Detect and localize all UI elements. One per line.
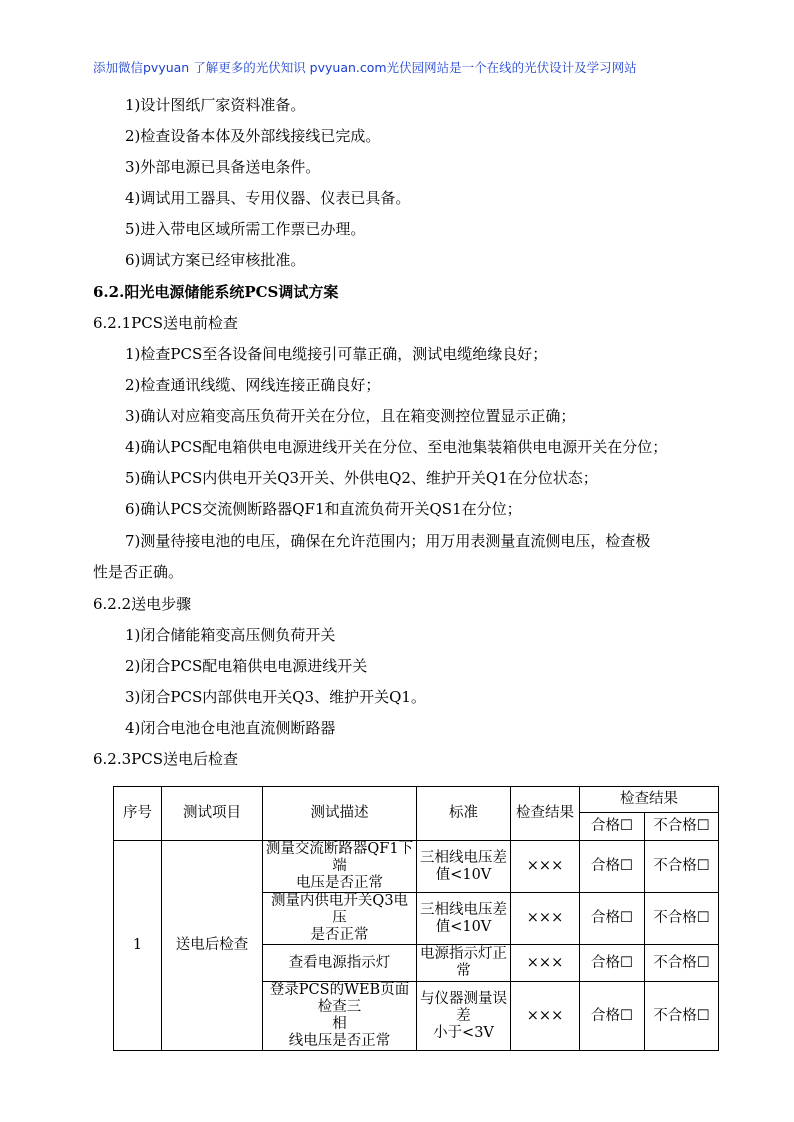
fail-checkbox[interactable]: 不合格☐ — [645, 945, 719, 982]
header-fail: 不合格☐ — [645, 813, 719, 841]
fail-checkbox[interactable]: 不合格☐ — [645, 841, 719, 893]
table-row: 1 送电后检查 测量交流断路器QF1下端电压是否正常 三相线电压差值<10V ×… — [114, 841, 719, 893]
cell-no: 1 — [114, 841, 162, 1051]
page-header-banner: 添加微信pvyuan 了解更多的光伏知识 pvyuan.com光伏园网站是一个在… — [93, 58, 637, 76]
header-pass: 合格☐ — [580, 813, 645, 841]
step-item-1: 1)闭合储能箱变高压侧负荷开关 — [125, 625, 335, 645]
fail-checkbox[interactable]: 不合格☐ — [645, 893, 719, 945]
check-item-3: 3)确认对应箱变高压负荷开关在分位，且在箱变测控位置显示正确； — [125, 406, 575, 426]
cell-std: 三相线电压差值<10V — [417, 841, 511, 893]
subsection-title-2: 6.2.2送电步骤 — [93, 594, 191, 614]
cell-desc: 查看电源指示灯 — [263, 945, 417, 982]
pass-checkbox[interactable]: 合格☐ — [580, 945, 645, 982]
pass-checkbox[interactable]: 合格☐ — [580, 982, 645, 1051]
pass-checkbox[interactable]: 合格☐ — [580, 893, 645, 945]
header-check-result: 检查结果 — [511, 787, 580, 841]
step-item-4: 4)闭合电池仓电池直流侧断路器 — [125, 718, 335, 738]
check-item-1: 1)检查PCS至各设备间电缆接引可靠正确，测试电缆绝缘良好； — [125, 344, 547, 364]
section-title: 6.2.阳光电源储能系统PCS调试方案 — [93, 282, 338, 302]
check-item-7-continued: 性是否正确。 — [93, 562, 183, 582]
header-check-result-group: 检查结果 — [580, 787, 719, 813]
cell-result: ××× — [511, 945, 580, 982]
header-no: 序号 — [114, 787, 162, 841]
pass-checkbox[interactable]: 合格☐ — [580, 841, 645, 893]
header-test-item: 测试项目 — [162, 787, 263, 841]
fail-checkbox[interactable]: 不合格☐ — [645, 982, 719, 1051]
subsection-title-1: 6.2.1PCS送电前检查 — [93, 313, 238, 333]
cell-result: ××× — [511, 893, 580, 945]
prereq-item-6: 6)调试方案已经审核批准。 — [125, 250, 305, 270]
header-standard: 标准 — [417, 787, 511, 841]
prereq-item-5: 5)进入带电区域所需工作票已办理。 — [125, 219, 365, 239]
check-item-2: 2)检查通讯线缆、网线连接正确良好； — [125, 375, 380, 395]
cell-test-item: 送电后检查 — [162, 841, 263, 1051]
cell-result: ××× — [511, 982, 580, 1051]
header-test-description: 测试描述 — [263, 787, 417, 841]
check-item-7: 7)测量待接电池的电压，确保在允许范围内；用万用表测量直流侧电压，检查极 — [125, 531, 650, 551]
step-item-2: 2)闭合PCS配电箱供电电源进线开关 — [125, 656, 367, 676]
cell-desc: 登录PCS的WEB页面检查三相线电压是否正常 — [263, 982, 417, 1051]
step-item-3: 3)闭合PCS内部供电开关Q3、维护开关Q1。 — [125, 687, 426, 707]
post-power-check-table: 序号 测试项目 测试描述 标准 检查结果 检查结果 合格☐ 不合格☐ 1 送电后… — [113, 786, 719, 1051]
prereq-item-2: 2)检查设备本体及外部线接线已完成。 — [125, 126, 380, 146]
cell-result: ××× — [511, 841, 580, 893]
cell-desc: 测量交流断路器QF1下端电压是否正常 — [263, 841, 417, 893]
check-item-4: 4)确认PCS配电箱供电电源进线开关在分位、至电池集装箱供电电源开关在分位； — [125, 437, 667, 457]
cell-desc: 测量内供电开关Q3电压是否正常 — [263, 893, 417, 945]
cell-std: 与仪器测量误差小于<3V — [417, 982, 511, 1051]
cell-std: 电源指示灯正常 — [417, 945, 511, 982]
prereq-item-4: 4)调试用工器具、专用仪器、仪表已具备。 — [125, 188, 410, 208]
prereq-item-3: 3)外部电源已具备送电条件。 — [125, 157, 320, 177]
check-item-5: 5)确认PCS内供电开关Q3开关、外供电Q2、维护开关Q1在分位状态； — [125, 468, 598, 488]
check-item-6: 6)确认PCS交流侧断路器QF1和直流负荷开关QS1在分位； — [125, 499, 522, 519]
subsection-title-3: 6.2.3PCS送电后检查 — [93, 749, 238, 769]
cell-std: 三相线电压差值<10V — [417, 893, 511, 945]
prereq-item-1: 1)设计图纸厂家资料准备。 — [125, 95, 305, 115]
